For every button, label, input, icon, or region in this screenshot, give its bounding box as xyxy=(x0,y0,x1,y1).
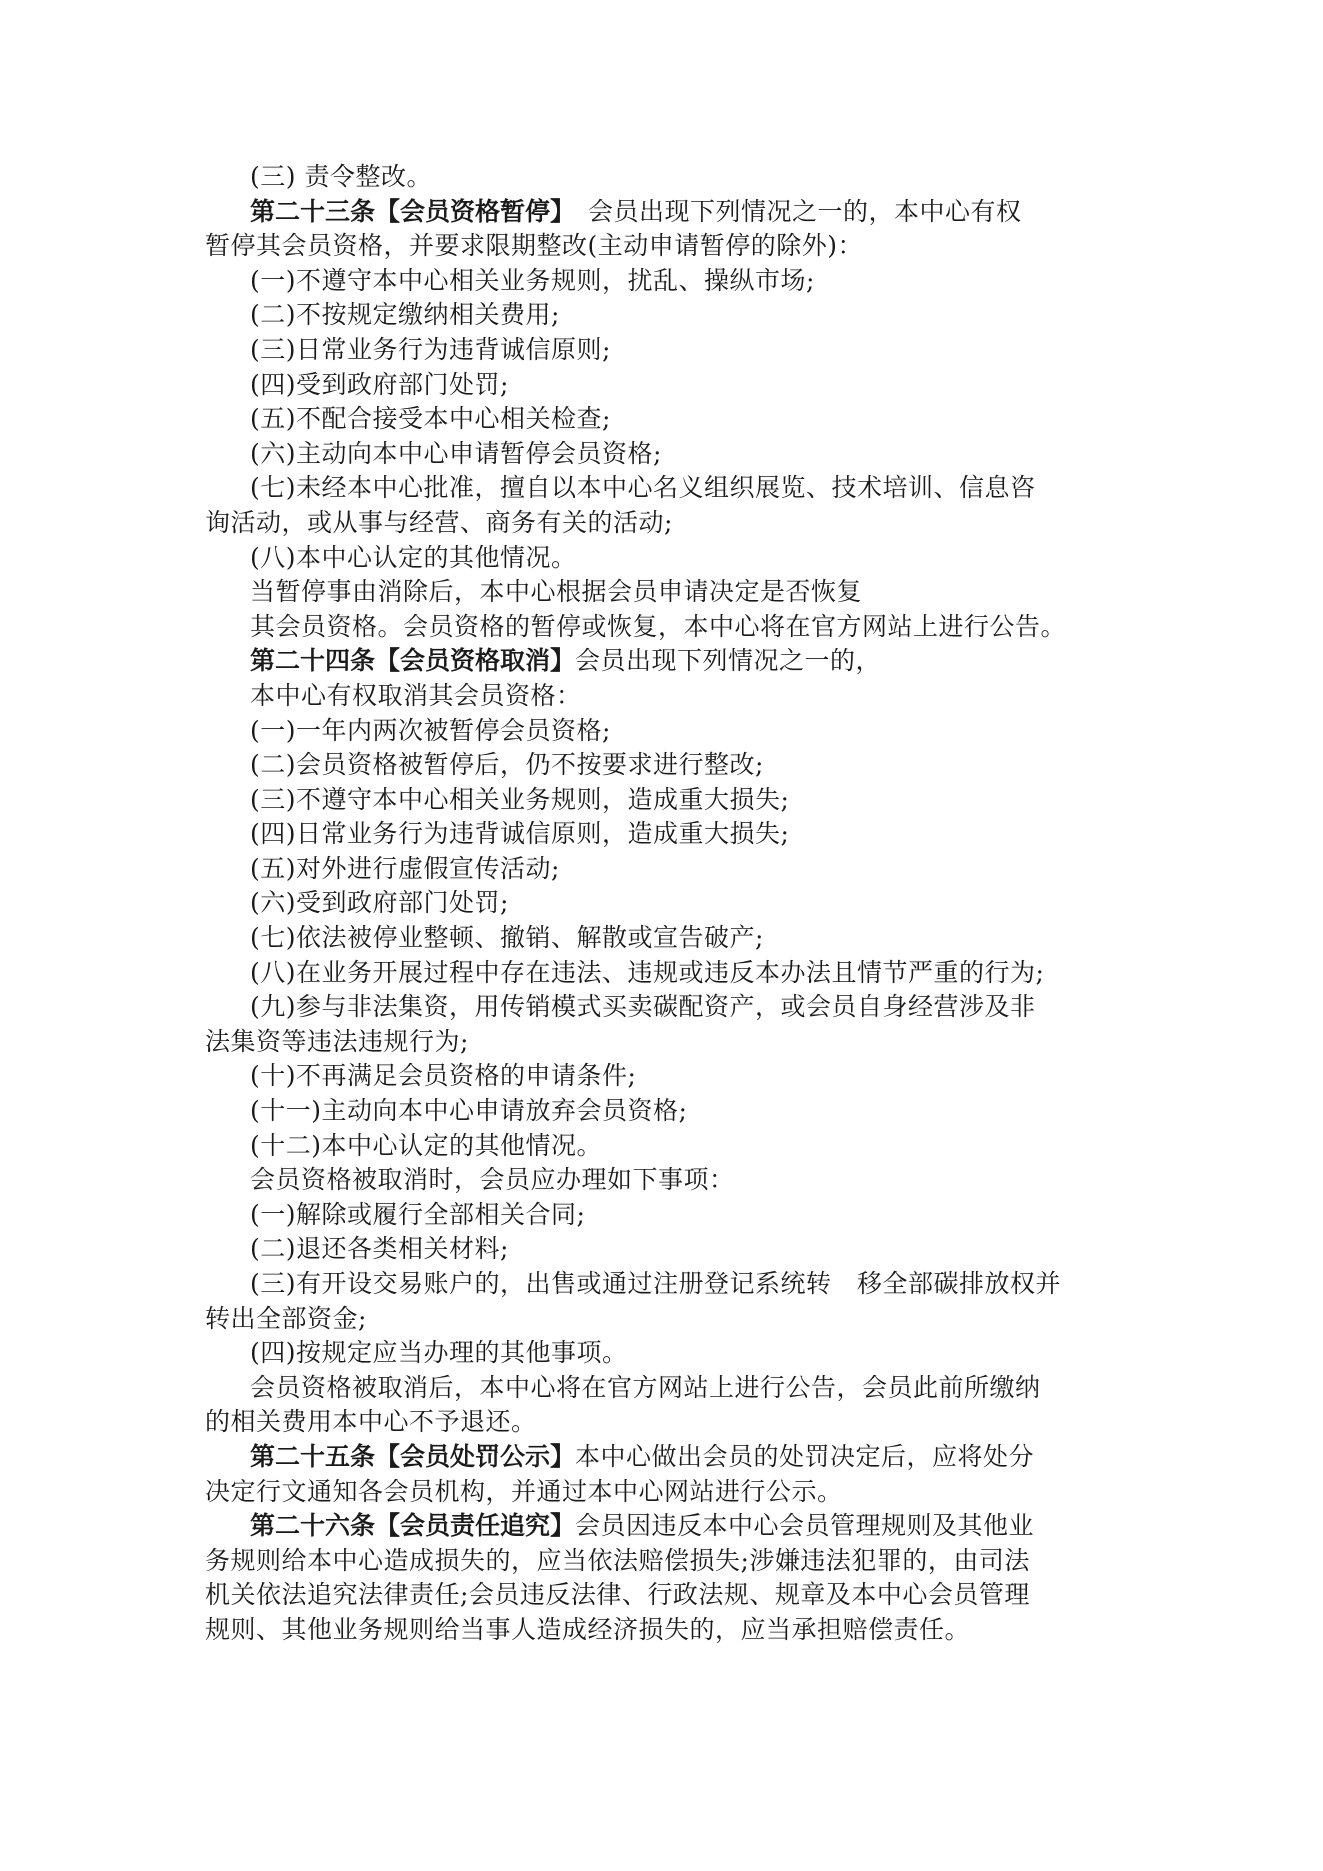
text-line: 机关依法追究法律责任;会员违反法律、行政法规、规章及本中心会员管理 xyxy=(205,1578,1130,1613)
line-text: (八)本中心认定的其他情况。 xyxy=(250,543,577,572)
line-text: (十二)本中心认定的其他情况。 xyxy=(250,1131,602,1160)
article-heading-line: 第二十三条【会员资格暂停】 会员出现下列情况之一的，本中心有权 xyxy=(205,195,1130,230)
text-line: (六)主动向本中心申请暂停会员资格; xyxy=(205,437,1130,472)
line-text: 暂停其会员资格，并要求限期整改(主动申请暂停的除外)： xyxy=(205,231,863,260)
text-line: 其会员资格。会员资格的暂停或恢复，本中心将在官方网站上进行公告。 xyxy=(205,610,1130,645)
line-text: (一)解除或履行全部相关合同; xyxy=(250,1200,585,1229)
line-text: 的相关费用本中心不予退还。 xyxy=(205,1407,537,1436)
text-line: (五)不配合接受本中心相关检查; xyxy=(205,402,1130,437)
line-text: (二)退还各类相关材料; xyxy=(250,1234,509,1263)
text-line: (七)未经本中心批准，擅自以本中心名义组织展览、技术培训、信息咨 xyxy=(205,471,1130,506)
line-text: (五)对外进行虚假宣传活动; xyxy=(250,854,560,883)
line-text: 本中心做出会员的处罚决定后，应将处分 xyxy=(575,1442,1034,1471)
text-line: (三)有开设交易账户的，出售或通过注册登记系统转 移全部碳排放权并 xyxy=(205,1267,1130,1302)
line-text: 会员出现下列情况之一的， xyxy=(575,646,881,675)
line-text: (二)不按规定缴纳相关费用; xyxy=(250,300,560,329)
article-title: 第二十五条【会员处罚公示】 xyxy=(250,1442,575,1471)
line-text: (四)受到政府部门处罚; xyxy=(250,370,509,399)
line-text: (七)依法被停业整顿、撤销、解散或宣告破产; xyxy=(250,923,764,952)
text-line: (八)本中心认定的其他情况。 xyxy=(205,541,1130,576)
line-text: (八)在业务开展过程中存在违法、违规或违反本办法且情节严重的行为; xyxy=(250,958,1044,987)
line-text: 会员资格被取消后，本中心将在官方网站上进行公告，会员此前所缴纳 xyxy=(250,1373,1041,1402)
text-line: (四)受到政府部门处罚; xyxy=(205,368,1130,403)
line-text: 当暂停事由消除后，本中心根据会员申请决定是否恢复 xyxy=(250,577,862,606)
line-text: 转出全部资金; xyxy=(205,1304,367,1333)
text-line: 法集资等违法违规行为; xyxy=(205,1025,1130,1060)
line-text: 规则、其他业务规则给当事人造成经济损失的，应当承担赔偿责任。 xyxy=(205,1615,970,1644)
text-line: 决定行文通知各会员机构，并通过本中心网站进行公示。 xyxy=(205,1475,1130,1510)
text-line: 当暂停事由消除后，本中心根据会员申请决定是否恢复 xyxy=(205,575,1130,610)
line-text: (三) 责令整改。 xyxy=(250,162,432,191)
text-line: (三)不遵守本中心相关业务规则，造成重大损失; xyxy=(205,783,1130,818)
line-text: (十)不再满足会员资格的申请条件; xyxy=(250,1061,636,1090)
article-heading-line: 第二十五条【会员处罚公示】本中心做出会员的处罚决定后，应将处分 xyxy=(205,1440,1130,1475)
article-title: 第二十四条【会员资格取消】 xyxy=(250,646,575,675)
text-line: 询活动，或从事与经营、商务有关的活动; xyxy=(205,506,1130,541)
line-text: (六)主动向本中心申请暂停会员资格; xyxy=(250,439,662,468)
line-text: 法集资等违法违规行为; xyxy=(205,1027,469,1056)
text-line: (三) 责令整改。 xyxy=(205,160,1130,195)
line-text: 务规则给本中心造成损失的，应当依法赔偿损失;涉嫌违法犯罪的，由司法 xyxy=(205,1546,1030,1575)
line-text: 会员因违反本中心会员管理规则及其他业 xyxy=(575,1511,1034,1540)
line-text: (九)参与非法集资，用传销模式买卖碳配资产，或会员自身经营涉及非 xyxy=(250,992,1036,1021)
line-text: (一)一年内两次被暂停会员资格; xyxy=(250,716,611,745)
text-line: 务规则给本中心造成损失的，应当依法赔偿损失;涉嫌违法犯罪的，由司法 xyxy=(205,1544,1130,1579)
text-line: (一)解除或履行全部相关合同; xyxy=(205,1198,1130,1233)
text-line: (一)一年内两次被暂停会员资格; xyxy=(205,714,1130,749)
text-line: (三)日常业务行为违背诚信原则; xyxy=(205,333,1130,368)
text-line: 本中心有权取消其会员资格： xyxy=(205,679,1130,714)
text-line: (六)受到政府部门处罚; xyxy=(205,886,1130,921)
line-text: (二)会员资格被暂停后，仍不按要求进行整改; xyxy=(250,750,764,779)
text-line: (五)对外进行虚假宣传活动; xyxy=(205,852,1130,887)
article-title: 第二十三条【会员资格暂停】 xyxy=(250,197,563,226)
text-line: (二)会员资格被暂停后，仍不按要求进行整改; xyxy=(205,748,1130,783)
line-text: (五)不配合接受本中心相关检查; xyxy=(250,404,611,433)
line-text: 决定行文通知各会员机构，并通过本中心网站进行公示。 xyxy=(205,1477,843,1506)
article-heading-line: 第二十四条【会员资格取消】会员出现下列情况之一的， xyxy=(205,644,1130,679)
text-line: 规则、其他业务规则给当事人造成经济损失的，应当承担赔偿责任。 xyxy=(205,1613,1130,1648)
text-line: (十一)主动向本中心申请放弃会员资格; xyxy=(205,1094,1130,1129)
line-text: (三)日常业务行为违背诚信原则; xyxy=(250,335,611,364)
text-line: 转出全部资金; xyxy=(205,1302,1130,1337)
text-line: (四)按规定应当办理的其他事项。 xyxy=(205,1336,1130,1371)
text-line: 暂停其会员资格，并要求限期整改(主动申请暂停的除外)： xyxy=(205,229,1130,264)
text-line: (七)依法被停业整顿、撤销、解散或宣告破产; xyxy=(205,921,1130,956)
line-text: (十一)主动向本中心申请放弃会员资格; xyxy=(250,1096,687,1125)
line-text: (一)不遵守本中心相关业务规则，扰乱、操纵市场; xyxy=(250,266,815,295)
line-text: (六)受到政府部门处罚; xyxy=(250,888,509,917)
text-line: 会员资格被取消后，本中心将在官方网站上进行公告，会员此前所缴纳 xyxy=(205,1371,1130,1406)
text-line: (二)退还各类相关材料; xyxy=(205,1232,1130,1267)
line-text: (七)未经本中心批准，擅自以本中心名义组织展览、技术培训、信息咨 xyxy=(250,473,1036,502)
document-page: (三) 责令整改。第二十三条【会员资格暂停】 会员出现下列情况之一的，本中心有权… xyxy=(205,160,1130,1648)
line-text: (四)日常业务行为违背诚信原则，造成重大损失; xyxy=(250,819,789,848)
text-line: (九)参与非法集资，用传销模式买卖碳配资产，或会员自身经营涉及非 xyxy=(205,990,1130,1025)
line-text: (三)不遵守本中心相关业务规则，造成重大损失; xyxy=(250,785,789,814)
line-text: 本中心有权取消其会员资格： xyxy=(250,681,582,710)
line-text: 会员资格被取消时，会员应办理如下事项： xyxy=(250,1165,735,1194)
article-title: 第二十六条【会员责任追究】 xyxy=(250,1511,575,1540)
line-text: 会员出现下列情况之一的，本中心有权 xyxy=(563,197,1022,226)
text-line: (十二)本中心认定的其他情况。 xyxy=(205,1129,1130,1164)
text-line: (一)不遵守本中心相关业务规则，扰乱、操纵市场; xyxy=(205,264,1130,299)
text-line: 会员资格被取消时，会员应办理如下事项： xyxy=(205,1163,1130,1198)
text-line: (十)不再满足会员资格的申请条件; xyxy=(205,1059,1130,1094)
article-heading-line: 第二十六条【会员责任追究】会员因违反本中心会员管理规则及其他业 xyxy=(205,1509,1130,1544)
text-line: (八)在业务开展过程中存在违法、违规或违反本办法且情节严重的行为; xyxy=(205,956,1130,991)
line-text: 机关依法追究法律责任;会员违反法律、行政法规、规章及本中心会员管理 xyxy=(205,1580,1030,1609)
line-text: (三)有开设交易账户的，出售或通过注册登记系统转 移全部碳排放权并 xyxy=(250,1269,1061,1298)
text-line: 的相关费用本中心不予退还。 xyxy=(205,1405,1130,1440)
line-text: (四)按规定应当办理的其他事项。 xyxy=(250,1338,628,1367)
text-line: (四)日常业务行为违背诚信原则，造成重大损失; xyxy=(205,817,1130,852)
line-text: 询活动，或从事与经营、商务有关的活动; xyxy=(205,508,673,537)
line-text: 其会员资格。会员资格的暂停或恢复，本中心将在官方网站上进行公告。 xyxy=(250,612,1066,641)
text-line: (二)不按规定缴纳相关费用; xyxy=(205,298,1130,333)
